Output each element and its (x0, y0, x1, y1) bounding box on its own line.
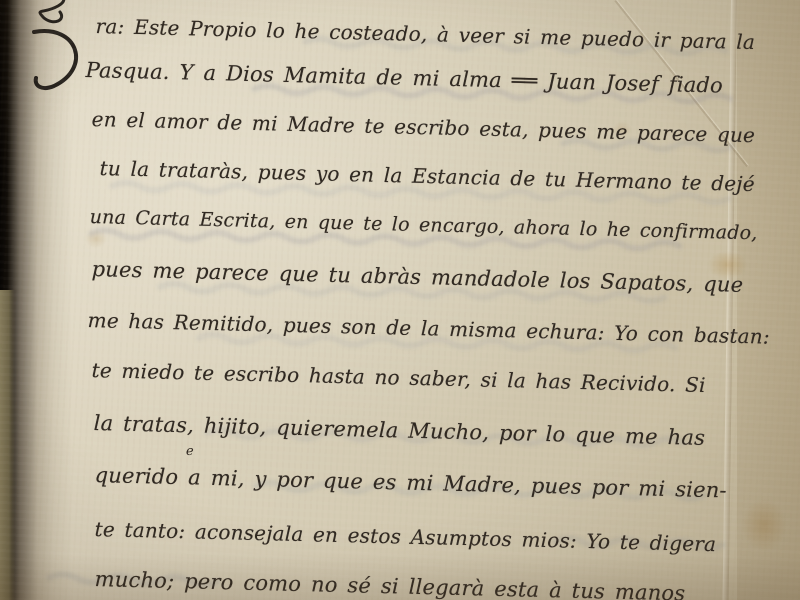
flourish-loop (34, 31, 76, 88)
bottom-shadow (0, 554, 800, 600)
manuscript-line-5: una Carta Escrita, en que te lo encargo,… (89, 206, 757, 244)
manuscript-photo: ra: Este Propio lo he costeado, à veer s… (0, 0, 800, 600)
flourish-squiggle (40, 0, 64, 22)
superscript-correction: e (186, 444, 194, 459)
manuscript-line-3: en el amor de mi Madre te escribo esta, … (91, 107, 755, 147)
page-edge (737, 0, 800, 600)
manuscript-line-4: tu la trataràs, pues yo en la Estancia d… (99, 156, 755, 196)
paper-stain (80, 226, 112, 252)
manuscript-line-10: querido a mi, y por que es mi Madre, pue… (94, 463, 727, 502)
manuscript-line-1: ra: Este Propio lo he costeado, à veer s… (95, 14, 755, 54)
manuscript-line-7: me has Remitido, pues son de la misma ec… (87, 308, 770, 349)
manuscript-line-11: te tanto: aconsejala en estos Asumptos m… (94, 517, 716, 556)
ink-flourish (14, 0, 104, 109)
manuscript-line-6: pues me parece que tu abràs mandadole lo… (91, 257, 743, 297)
manuscript-line-8: te miedo te escribo hasta no saber, si l… (91, 358, 706, 397)
vertical-crease (722, 0, 737, 600)
manuscript-line-2: Pasqua. Y a Dios Mamita de mi alma ══ Ju… (85, 58, 723, 98)
